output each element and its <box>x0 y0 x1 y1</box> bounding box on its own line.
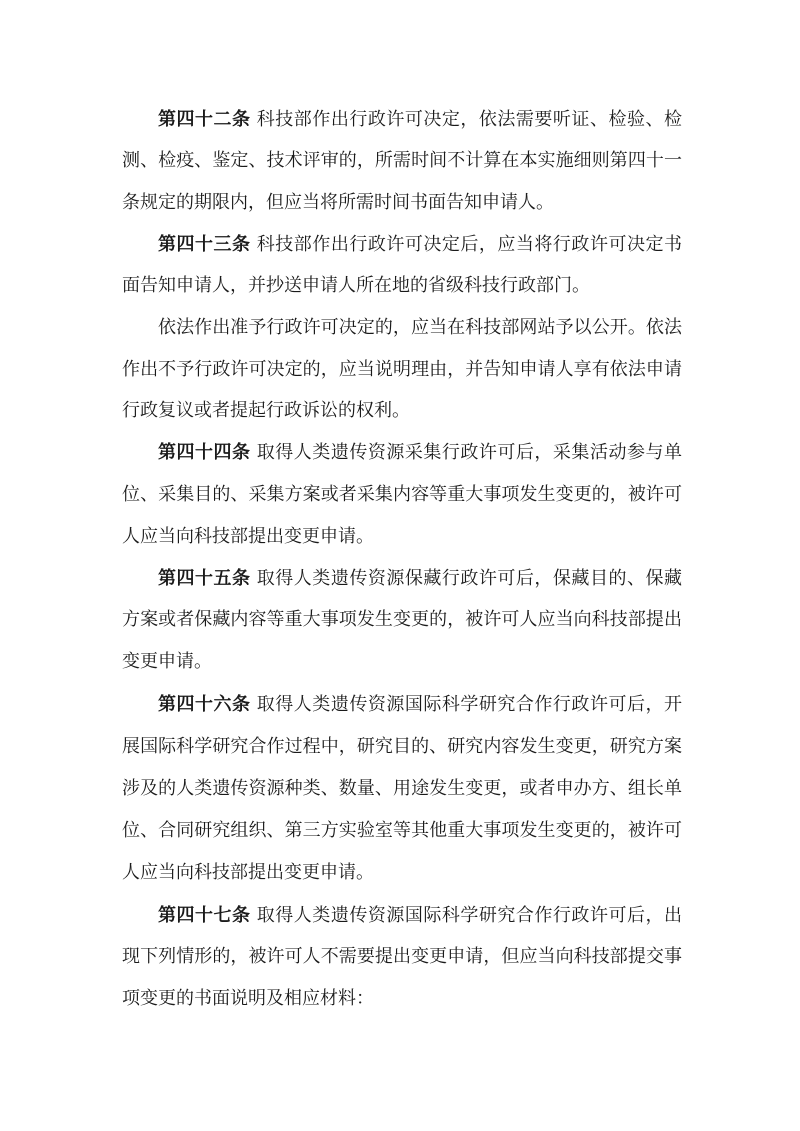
paragraph-article-43b-line-1: 依法作出准予行政许可决定的，应当在科技部网站予以公开。依法 <box>158 316 682 340</box>
article-number: 第四十二条 <box>158 109 251 130</box>
paragraph-article-44-line-2: 位、采集目的、采集方案或者采集内容等重大事项发生变更的，被许可 <box>122 483 682 507</box>
paragraph-article-42-line-2: 测、检疫、鉴定、技术评审的，所需时间不计算在本实施细则第四十一 <box>122 149 682 173</box>
paragraph-article-43b-line-3: 行政复议或者提起行政诉讼的权利。 <box>122 399 682 423</box>
paragraph-article-45-line-3: 变更申请。 <box>122 650 682 674</box>
paragraph-article-44-line-3: 人应当向科技部提出变更申请。 <box>122 525 682 549</box>
paragraph-article-43b-line-2: 作出不予行政许可决定的，应当说明理由，并告知申请人享有依法申请 <box>122 358 682 382</box>
paragraph-text: 科技部作出行政许可决定后，应当将行政许可决定书 <box>251 234 682 255</box>
paragraph-article-47-line-2: 现下列情形的，被许可人不需要提出变更申请，但应当向科技部提交事 <box>122 945 682 969</box>
article-number: 第四十五条 <box>158 568 251 589</box>
paragraph-article-43-line-2: 面告知申请人，并抄送申请人所在地的省级科技行政部门。 <box>122 274 682 298</box>
article-number: 第四十四条 <box>158 442 251 463</box>
paragraph-article-43-line-1: 第四十三条 科技部作出行政许可决定后，应当将行政许可决定书 <box>158 233 682 257</box>
paragraph-article-46-line-5: 人应当向科技部提出变更申请。 <box>122 861 682 885</box>
article-number: 第四十六条 <box>158 694 251 715</box>
paragraph-article-47-line-3: 项变更的书面说明及相应材料： <box>122 987 682 1011</box>
paragraph-text: 取得人类遗传资源国际科学研究合作行政许可后，开 <box>251 694 682 715</box>
paragraph-article-44-line-1: 第四十四条 取得人类遗传资源采集行政许可后，采集活动参与单 <box>158 441 682 465</box>
paragraph-text: 取得人类遗传资源国际科学研究合作行政许可后，出 <box>251 905 682 926</box>
paragraph-article-47-line-1: 第四十七条 取得人类遗传资源国际科学研究合作行政许可后，出 <box>158 904 682 928</box>
article-number: 第四十七条 <box>158 905 251 926</box>
paragraph-article-45-line-2: 方案或者保藏内容等重大事项发生变更的，被许可人应当向科技部提出 <box>122 608 682 632</box>
article-number: 第四十三条 <box>158 234 251 255</box>
document-page: 第四十二条 科技部作出行政许可决定，依法需要听证、检验、检 测、检疫、鉴定、技术… <box>0 0 800 1131</box>
paragraph-article-45-line-1: 第四十五条 取得人类遗传资源保藏行政许可后，保藏目的、保藏 <box>158 567 682 591</box>
paragraph-article-46-line-3: 涉及的人类遗传资源种类、数量、用途发生变更，或者申办方、组长单 <box>122 777 682 801</box>
paragraph-text: 取得人类遗传资源采集行政许可后，采集活动参与单 <box>251 442 682 463</box>
paragraph-article-46-line-1: 第四十六条 取得人类遗传资源国际科学研究合作行政许可后，开 <box>158 693 682 717</box>
paragraph-article-42-line-3: 条规定的期限内，但应当将所需时间书面告知申请人。 <box>122 191 682 215</box>
paragraph-article-42-line-1: 第四十二条 科技部作出行政许可决定，依法需要听证、检验、检 <box>158 108 682 132</box>
paragraph-text: 取得人类遗传资源保藏行政许可后，保藏目的、保藏 <box>251 568 682 589</box>
paragraph-article-46-line-4: 位、合同研究组织、第三方实验室等其他重大事项发生变更的，被许可 <box>122 819 682 843</box>
paragraph-text: 科技部作出行政许可决定，依法需要听证、检验、检 <box>251 109 682 130</box>
paragraph-article-46-line-2: 展国际科学研究合作过程中，研究目的、研究内容发生变更，研究方案 <box>122 735 682 759</box>
